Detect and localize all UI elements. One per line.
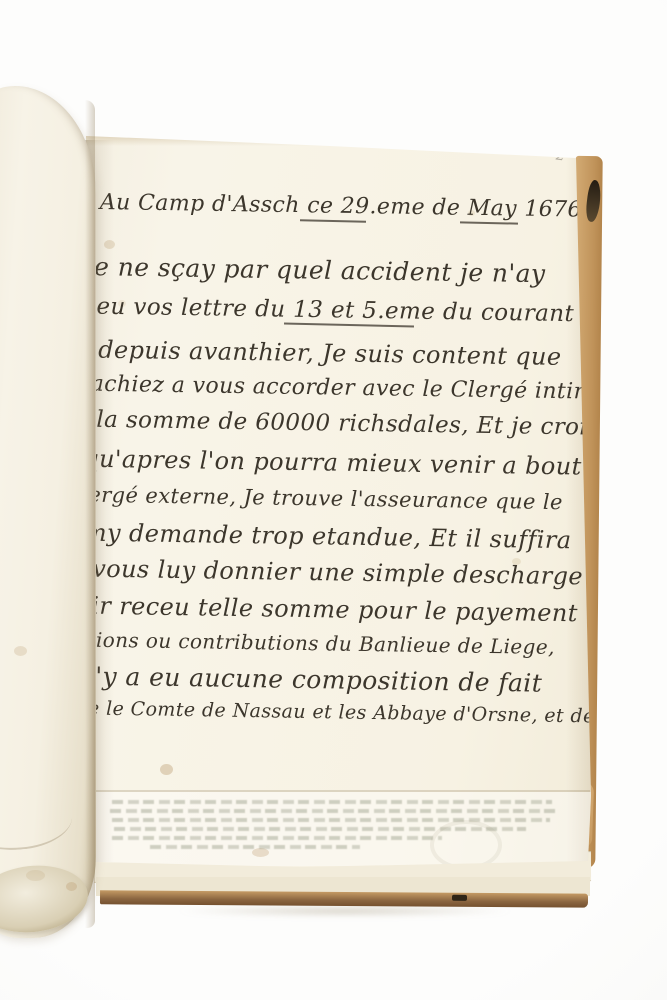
showthrough-line bbox=[112, 800, 552, 804]
letter-line: receu vos lettre du 13 et 5.eme du coura… bbox=[58, 293, 575, 327]
foxing-spot bbox=[66, 882, 77, 891]
letter-dateline: Au Camp d'Assch ce 29.eme de May 1676. bbox=[100, 190, 590, 223]
letter-line: s rations ou contributions du Banlieue d… bbox=[48, 627, 555, 659]
letter-line: ue vous luy donnier une simple descharge bbox=[54, 554, 584, 590]
letter-line: Je ne sçay par quel accident je n'ay bbox=[84, 252, 546, 288]
curl-edge-shade bbox=[85, 100, 95, 928]
curled-pages-left bbox=[0, 86, 96, 938]
foxing-spot bbox=[160, 764, 173, 775]
ink-underline-date-day bbox=[300, 219, 366, 222]
showthrough-line bbox=[150, 845, 360, 849]
showthrough-ghost-ring bbox=[430, 820, 502, 870]
showthrough-line bbox=[110, 809, 556, 813]
letter-line: ssi qu'apres l'on pourra mieux venir a b… bbox=[42, 444, 582, 480]
letter-line: us tachiez a vous accorder avec le Clerg… bbox=[48, 371, 609, 405]
showthrough-line bbox=[112, 818, 550, 822]
pencil-page-number: 2 bbox=[555, 147, 566, 164]
foxing-spot bbox=[14, 646, 27, 656]
page-top-edge-shade bbox=[86, 136, 591, 146]
manuscript-photo: Au Camp d'Assch ce 29.eme de May 1676. J… bbox=[0, 0, 667, 1000]
curl-seam-line bbox=[0, 781, 75, 855]
letter-line: Il n'y a eu aucune composition de fait bbox=[52, 661, 543, 698]
curl-bottom-cap bbox=[0, 860, 91, 937]
deckle-dark-notch bbox=[452, 895, 467, 901]
letter-line: ntre le Comte de Nassau et les Abbaye d'… bbox=[58, 697, 620, 728]
showthrough-line bbox=[112, 836, 442, 840]
foxing-spot bbox=[338, 130, 360, 137]
ink-underline-year bbox=[460, 221, 518, 224]
letter-line: Hamy demande trop etandue, Et il suffira bbox=[48, 518, 572, 554]
letter-line: u Clergé externe, Je trouve l'asseurance… bbox=[44, 482, 563, 514]
letter-line: our la somme de 60000 richsdales, Et je … bbox=[48, 406, 588, 440]
letter-line: avoir receu telle somme pour le payement bbox=[48, 591, 578, 627]
letter-line: ue depuis avanthier, Je suis content que bbox=[60, 335, 562, 371]
foxing-spot bbox=[26, 870, 45, 881]
